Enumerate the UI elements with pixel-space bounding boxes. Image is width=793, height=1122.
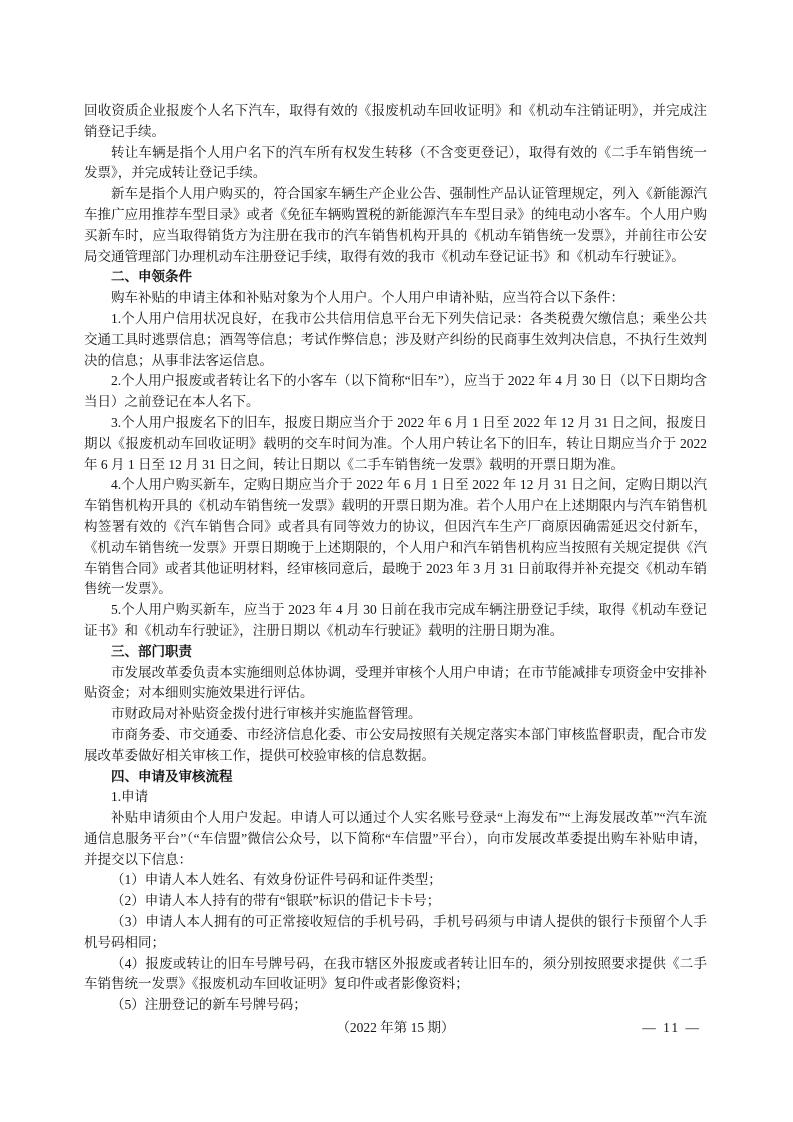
paragraph: 市发展改革委负责本实施细则总体协调，受理并审核个人用户申请；在市节能减排专项资金… bbox=[84, 663, 707, 705]
paragraph: 购车补贴的申请主体和补贴对象为个人用户。个人用户申请补贴，应当符合以下条件： bbox=[84, 288, 707, 309]
paragraph: 1.个人用户信用状况良好，在我市公共信用信息平台无下列失信记录：各类税费欠缴信息… bbox=[84, 309, 707, 371]
paragraph: （1）申请人本人姓名、有效身份证件号码和证件类型； bbox=[84, 870, 707, 891]
section-heading: 二、申领条件 bbox=[84, 267, 707, 288]
section-heading: 四、申请及审核流程 bbox=[84, 767, 707, 788]
paragraph: 2.个人用户报废或者转让名下的小客车（以下简称“旧车”），应当于 2022 年 … bbox=[84, 371, 707, 413]
paragraph: 补贴申请须由个人用户发起。申请人可以通过个人实名账号登录“上海发布”“上海发展改… bbox=[84, 808, 707, 870]
paragraph: 3.个人用户报废名下的旧车，报废日期应当介于 2022 年 6 月 1 日至 2… bbox=[84, 413, 707, 475]
issue-label: （2022 年第 15 期） bbox=[84, 1017, 707, 1039]
paragraph: 新车是指个人用户购买的，符合国家车辆生产企业公告、强制性产品认证管理规定，列入《… bbox=[84, 184, 707, 267]
paragraph: （2）申请人本人持有的带有“银联”标识的借记卡卡号； bbox=[84, 891, 707, 912]
page-footer: （2022 年第 15 期） — 11 — bbox=[84, 1017, 707, 1039]
section-heading: 三、部门职责 bbox=[84, 642, 707, 663]
paragraph: 市财政局对补贴资金拨付进行审核并实施监督管理。 bbox=[84, 704, 707, 725]
paragraph: （4）报废或转让的旧车号牌号码，在我市辖区外报废或者转让旧车的，须分别按照要求提… bbox=[84, 954, 707, 996]
paragraph: 回收资质企业报废个人名下汽车，取得有效的《报废机动车回收证明》和《机动车注销证明… bbox=[84, 101, 707, 143]
document-body: 回收资质企业报废个人名下汽车，取得有效的《报废机动车回收证明》和《机动车注销证明… bbox=[84, 101, 707, 1016]
paragraph: （3）申请人本人拥有的可正常接收短信的手机号码，手机号码须与申请人提供的银行卡预… bbox=[84, 912, 707, 954]
paragraph: 1.申请 bbox=[84, 787, 707, 808]
paragraph: （5）注册登记的新车号牌号码； bbox=[84, 995, 707, 1016]
page-number: — 11 — bbox=[642, 1017, 701, 1039]
paragraph: 5.个人用户购买新车，应当于 2023 年 4 月 30 日前在我市完成车辆注册… bbox=[84, 600, 707, 642]
paragraph: 转让车辆是指个人用户名下的汽车所有权发生转移（不含变更登记），取得有效的《二手车… bbox=[84, 143, 707, 185]
paragraph: 4.个人用户购买新车，定购日期应当介于 2022 年 6 月 1 日至 2022… bbox=[84, 475, 707, 600]
paragraph: 市商务委、市交通委、市经济信息化委、市公安局按照有关规定落实本部门审核监督职责，… bbox=[84, 725, 707, 767]
document-page: 回收资质企业报废个人名下汽车，取得有效的《报废机动车回收证明》和《机动车注销证明… bbox=[0, 0, 793, 1122]
